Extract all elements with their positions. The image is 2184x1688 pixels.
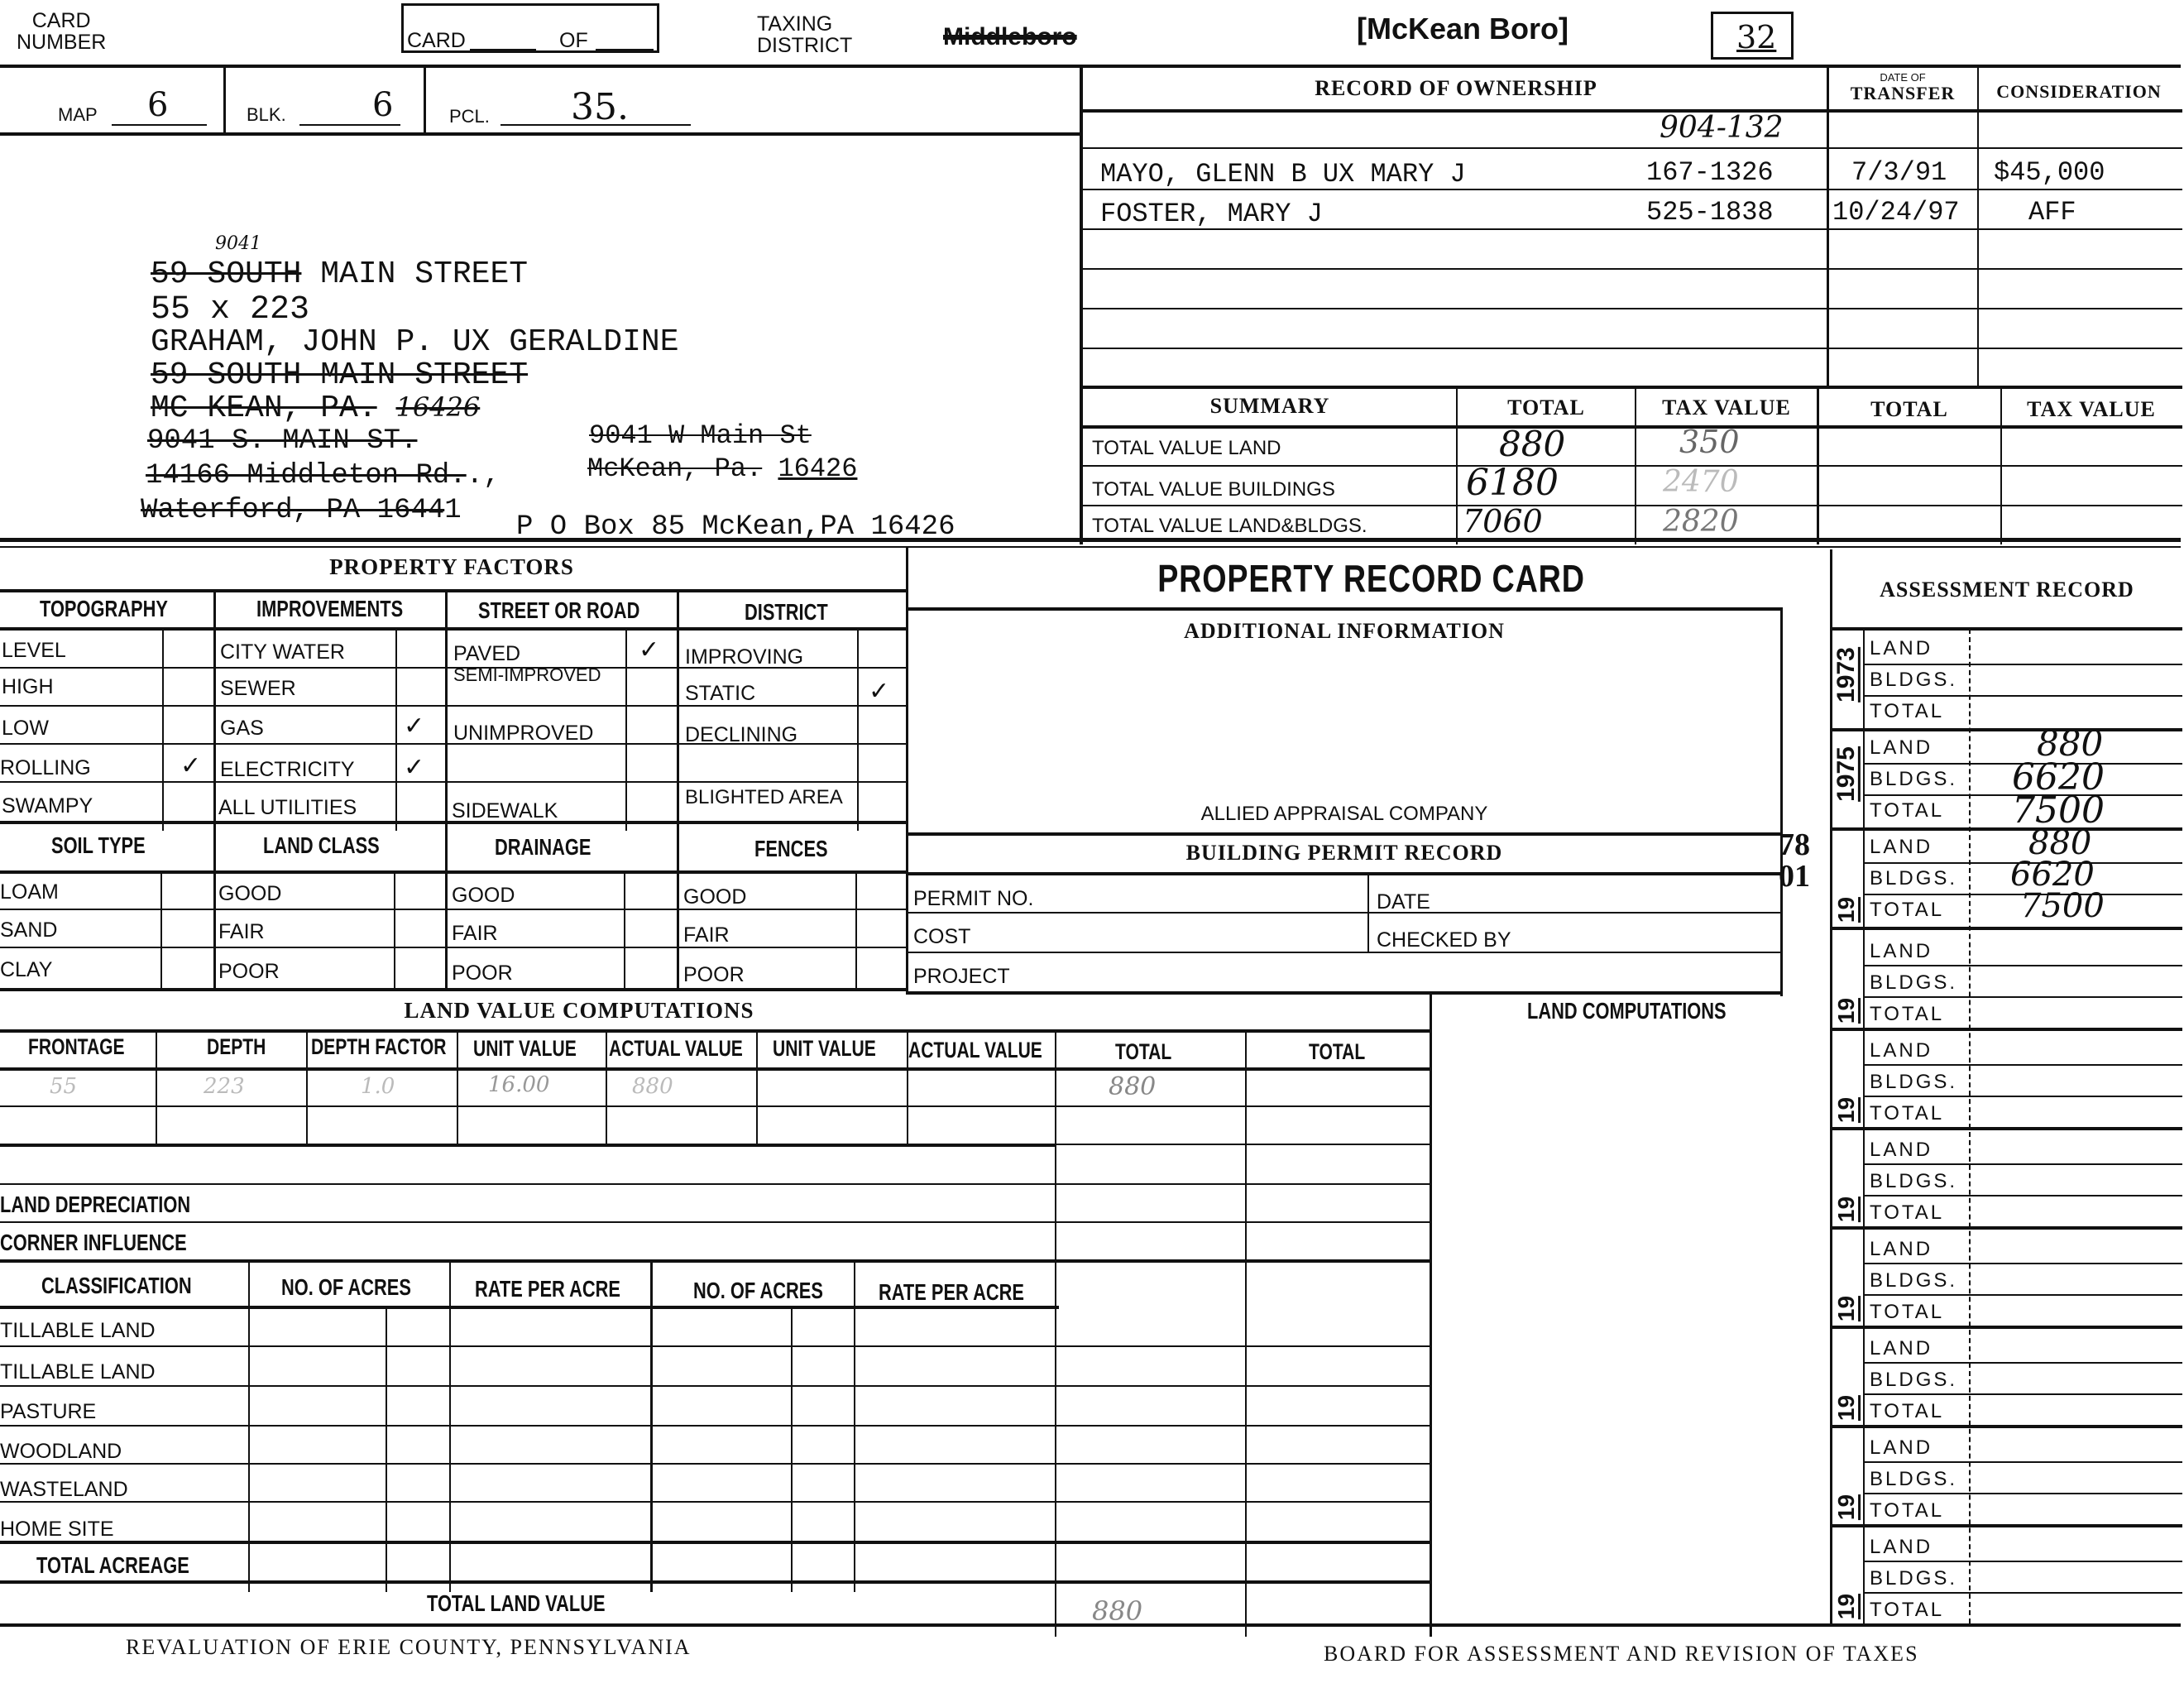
classification-header: CLASSIFICATION (41, 1273, 192, 1299)
factor-electricity: ELECTRICITY (220, 758, 355, 782)
acreage-row-woodland: WOODLAND (0, 1440, 122, 1464)
additional-info-title: ADDITIONAL INFORMATION (910, 619, 1779, 644)
factor-swampy: SWAMPY (2, 794, 93, 818)
factor-rolling: ROLLING (0, 756, 91, 780)
summary-total-header: TOTAL (1458, 396, 1635, 420)
lot-dimensions: 55 x 223 (151, 291, 309, 328)
acreage-row-tillable-2: TILLABLE LAND (0, 1360, 156, 1384)
blk-value[interactable]: 6 (372, 86, 393, 124)
alt-mailing-street-struck: 9041 W Main St (589, 420, 812, 451)
land-class-poor: POOR (218, 960, 280, 984)
frontage-header: FRONTAGE (28, 1034, 125, 1060)
building-permit-record-title: BUILDING PERMIT RECORD (910, 841, 1779, 866)
assessment-total-label: TOTAL (1870, 1499, 1944, 1523)
unit-value-header: UNIT VALUE (473, 1036, 577, 1062)
total-land-value-label: TOTAL LAND VALUE (427, 1590, 606, 1617)
ownership-deed: 167-1326 (1646, 157, 1774, 188)
assessment-total-label: TOTAL (1870, 1102, 1944, 1125)
summary-tax-value: 2470 (1663, 465, 1739, 499)
land-class-header: LAND CLASS (263, 832, 380, 859)
footer-county-revaluation: REVALUATION OF ERIE COUNTY, PENNSYLVANIA (126, 1635, 692, 1660)
total-land-value: 880 (1092, 1595, 1142, 1627)
assessment-block[interactable]: LAND BLDGS. TOTAL (1863, 1326, 2182, 1425)
assessment-bldgs-label: BLDGS. (1870, 768, 1957, 791)
map-field-line (112, 124, 207, 126)
paved-checkmark[interactable]: ✓ (639, 635, 659, 664)
mailing-address-old-4: 14166 Middleton Rd.., (146, 460, 500, 492)
mailing-address-old-2: MC KEAN, PA. 16426 (151, 391, 480, 426)
assessment-year: 19 (1835, 1097, 1861, 1123)
card-number-label-line1: CARD (17, 10, 106, 31)
land-class-good: GOOD (218, 882, 281, 906)
actual-value-header-2: ACTUAL VALUE (908, 1038, 1042, 1063)
rate-per-acre-header: RATE PER ACRE (475, 1276, 620, 1302)
assessment-land-label: LAND (1870, 1139, 1933, 1162)
depth-value: 223 (204, 1074, 245, 1099)
taxing-district-struck: Middleboro (943, 23, 1077, 51)
fences-fair: FAIR (683, 923, 730, 947)
assessment-land-label: LAND (1870, 1337, 1933, 1360)
factor-high: HIGH (2, 675, 54, 699)
permit-no-label: PERMIT NO. (913, 887, 1033, 911)
date-of-transfer-header: TRANSFER (1828, 83, 1977, 104)
assessment-bldgs-label: BLDGS. (1870, 669, 1957, 692)
factor-sidewalk: SIDEWALK (452, 799, 558, 823)
summary-total-header-2: TOTAL (1820, 397, 1999, 422)
assessment-year-1973: 1973 (1835, 647, 1861, 703)
factor-all-utilities: ALL UTILITIES (218, 796, 357, 820)
acreage-row-home-site: HOME SITE (0, 1518, 114, 1542)
assessment-total-label: TOTAL (1870, 1301, 1944, 1324)
assessment-bldgs-label: BLDGS. (1870, 1468, 1957, 1491)
soil-sand: SAND (0, 918, 57, 942)
assessment-record-title: ASSESSMENT RECORD (1833, 578, 2181, 602)
assessment-land-label: LAND (1870, 940, 1933, 963)
side-stamp: 78 01 (1779, 829, 1810, 892)
summary-total-value: 880 (1499, 424, 1565, 464)
actual-value-header: ACTUAL VALUE (609, 1036, 743, 1062)
static-checkmark[interactable]: ✓ (869, 677, 889, 706)
acreage-row-tillable-1: TILLABLE LAND (0, 1319, 156, 1343)
taxing-district-line1: TAXING (757, 13, 852, 35)
map-label: MAP (58, 104, 98, 126)
mailing-street-struck-2: 14166 Middleton Rd. (146, 460, 467, 492)
fences-poor: POOR (683, 963, 745, 987)
assessment-year: 19 (1835, 1196, 1861, 1222)
assessment-total-label: TOTAL (1870, 700, 1944, 723)
street-or-road-header: STREET OR ROAD (478, 597, 639, 624)
permit-checked-by-label: CHECKED BY (1377, 928, 1511, 952)
unit-value-value: 16.00 (488, 1072, 549, 1097)
alt-mailing-city-struck: McKean, Pa. (587, 453, 762, 484)
fences-header: FENCES (754, 836, 828, 862)
factor-blighted-area: BLIGHTED AREA (685, 788, 850, 808)
mailing-address-old-3: 9041 S. MAIN ST. (147, 425, 417, 457)
ownership-title: RECORD OF OWNERSHIP (1084, 76, 1828, 101)
date-of-label: DATE OF (1828, 71, 1977, 84)
assessment-year: 19 (1835, 1494, 1861, 1520)
assessment-block[interactable]: LAND BLDGS. TOTAL (1863, 1028, 2182, 1127)
card-of-card-label: CARD (407, 29, 466, 53)
card-of-of-label: OF (559, 29, 588, 53)
electricity-checkmark[interactable]: ✓ (404, 753, 424, 782)
summary-row-label: TOTAL VALUE BUILDINGS (1092, 478, 1335, 501)
consideration-header: CONSIDERATION (1977, 81, 2181, 103)
assessment-block[interactable]: LAND 880 BLDGS. 6620 TOTAL 7500 (1863, 829, 2182, 928)
summary-title: SUMMARY (1084, 394, 1456, 419)
no-of-acres-header-2: NO. OF ACRES (693, 1278, 823, 1304)
factor-declining: DECLINING (685, 723, 797, 747)
assessment-bldgs-label: BLDGS. (1870, 867, 1957, 890)
depth-factor-value: 1.0 (361, 1074, 395, 1099)
appraiser-name: ALLIED APPRAISAL COMPANY (910, 803, 1779, 826)
map-value[interactable]: 6 (147, 86, 168, 124)
assessment-block[interactable]: LAND BLDGS. TOTAL (1863, 1226, 2182, 1326)
drainage-header: DRAINAGE (495, 834, 591, 861)
assessment-land-label: LAND (1870, 637, 1933, 660)
assessment-land-label: LAND (1870, 736, 1933, 760)
gas-checkmark[interactable]: ✓ (404, 712, 424, 741)
mailing-city-struck: MC KEAN, PA. (151, 391, 377, 426)
factor-unimproved: UNIMPROVED (453, 722, 593, 746)
land-class-fair: FAIR (218, 920, 265, 944)
land-value-title: LAND VALUE COMPUTATIONS (248, 998, 910, 1024)
assessment-year: 19 (1835, 897, 1861, 923)
ownership-name: FOSTER, MARY J (1100, 199, 1323, 229)
topography-header: TOPOGRAPHY (40, 596, 168, 622)
situs-struck-text: 59 SOUTH (151, 257, 301, 292)
improvements-header: IMPROVEMENTS (256, 596, 403, 622)
assessment-bldgs-label: BLDGS. (1870, 1369, 1957, 1392)
taxing-district-label: TAXING DISTRICT (757, 13, 852, 56)
assessment-block[interactable]: LAND BLDGS. TOTAL (1863, 1127, 2182, 1226)
mailing-address-old-1: 59 SOUTH MAIN STREET (151, 357, 528, 393)
soil-type-header: SOIL TYPE (51, 832, 146, 859)
permit-cost-label: COST (913, 925, 970, 949)
assessment-year: 19 (1835, 1296, 1861, 1321)
assessment-block[interactable]: LAND BLDGS. TOTAL (1863, 631, 2182, 730)
ownership-deed: 525-1838 (1646, 197, 1774, 228)
land-depreciation-label: LAND DEPRECIATION (0, 1192, 190, 1218)
rate-per-acre-header-2: RATE PER ACRE (879, 1279, 1024, 1306)
pcl-value[interactable]: 35. (571, 86, 629, 128)
drainage-good: GOOD (452, 884, 515, 908)
factor-level: LEVEL (2, 639, 66, 663)
actual-value-value: 880 (632, 1074, 673, 1099)
total-acreage-label: TOTAL ACREAGE (36, 1552, 189, 1579)
card-number-label-line2: NUMBER (17, 31, 106, 53)
factor-static: STATIC (685, 682, 755, 706)
acreage-row-wasteland: WASTELAND (0, 1478, 128, 1502)
mailing-zip-struck: 16426 (395, 391, 480, 423)
assessment-total-value: 7500 (2020, 887, 2105, 925)
situs-street: MAIN STREET (320, 257, 528, 292)
side-stamp-line2: 01 (1779, 861, 1810, 892)
footer-board-assessment: BOARD FOR ASSESSMENT AND REVISION OF TAX… (1324, 1642, 1919, 1666)
depth-factor-header: DEPTH FACTOR (311, 1034, 446, 1060)
factor-sewer: SEWER (220, 677, 296, 701)
ownership-name: MAYO, GLENN B UX MARY J (1100, 159, 1466, 189)
factor-gas: GAS (220, 717, 264, 741)
assessment-total-label: TOTAL (1870, 1201, 1944, 1225)
permit-date-label: DATE (1377, 890, 1430, 914)
factor-semi-improved: SEMI-IMPROVED (453, 665, 619, 685)
ownership-consideration: $45,000 (1994, 157, 2105, 188)
assessment-total-label: TOTAL (1870, 799, 1944, 822)
assessment-year: 19 (1835, 1594, 1861, 1619)
assessment-total-label: TOTAL (1870, 899, 1944, 922)
current-owner-name: GRAHAM, JOHN P. UX GERALDINE (151, 324, 679, 360)
summary-total-value: 6180 (1466, 462, 1559, 504)
district-number-box: 32 (1711, 12, 1794, 60)
assessment-year-1975: 1975 (1835, 746, 1861, 802)
summary-tax-value: 2820 (1663, 505, 1739, 539)
assessment-block[interactable]: LAND BLDGS. TOTAL (1863, 928, 2182, 1028)
drainage-fair: FAIR (452, 922, 498, 946)
drainage-poor: POOR (452, 961, 513, 985)
taxing-district-value: [McKean Boro] (1357, 12, 1569, 46)
frontage-value: 55 (50, 1074, 77, 1099)
summary-tax-value-header-2: TAX VALUE (2002, 397, 2181, 422)
assessment-bldgs-label: BLDGS. (1870, 1071, 1957, 1094)
blk-label: BLK. (247, 104, 286, 126)
assessment-land-label: LAND (1870, 836, 1933, 859)
assessment-bldgs-label: BLDGS. (1870, 1170, 1957, 1193)
card-of-box[interactable]: CARD OF (401, 3, 659, 53)
summary-tax-value: 350 (1679, 424, 1740, 460)
mailing-city-struck-2: Waterford, PA 1644 (141, 495, 444, 526)
alt-mailing-zip: 16426 (778, 453, 857, 484)
summary-row-label: TOTAL VALUE LAND (1092, 437, 1281, 460)
factor-low: LOW (2, 717, 49, 741)
situs-line-1: 59 SOUTH MAIN STREET (151, 257, 528, 292)
card-number-label: CARD NUMBER (17, 10, 106, 53)
permit-project-label: PROJECT (913, 965, 1010, 989)
district-header: DISTRICT (745, 599, 828, 626)
factor-improving: IMPROVING (685, 645, 803, 669)
handwritten-street-number: 9041 (215, 233, 261, 254)
mailing-address-old-5: Waterford, PA 16441 (141, 495, 462, 526)
total-header: TOTAL (1115, 1039, 1171, 1065)
depth-header: DEPTH (207, 1034, 266, 1060)
corner-influence-label: CORNER INFLUENCE (0, 1230, 187, 1256)
assessment-total-label: TOTAL (1870, 1003, 1944, 1026)
card-index-field[interactable] (470, 49, 536, 50)
mailing-street-suffix: ., (467, 460, 500, 492)
acreage-row-pasture: PASTURE (0, 1400, 96, 1424)
assessment-block[interactable]: LAND 880 BLDGS. 6620 TOTAL 7500 (1863, 730, 2182, 829)
summary-tax-value-header: TAX VALUE (1636, 396, 1817, 420)
property-factors-title: PROPERTY FACTORS (0, 554, 903, 580)
ownership-row-deed-handwritten: 904-132 (1660, 111, 1784, 145)
unit-value-header-2: UNIT VALUE (773, 1036, 876, 1062)
assessment-total-label: TOTAL (1870, 1400, 1944, 1423)
assessment-land-label: LAND (1870, 1536, 1933, 1559)
district-number: 32 (1736, 19, 1776, 55)
ownership-date: 10/24/97 (1832, 197, 1960, 228)
assessment-bldgs-label: BLDGS. (1870, 1567, 1957, 1590)
total-value: 880 (1109, 1072, 1156, 1101)
semi-improved-label: SEMI-IMPROVED (453, 665, 619, 685)
assessment-bldgs-label: BLDGS. (1870, 971, 1957, 995)
mailing-city-suffix: 1 (444, 495, 461, 526)
assessment-year: 19 (1835, 1395, 1861, 1421)
assessment-land-label: LAND (1870, 1039, 1933, 1062)
assessment-land-label: LAND (1870, 1238, 1933, 1261)
land-computations-title: LAND COMPUTATIONS (1527, 998, 1727, 1024)
rolling-checkmark[interactable]: ✓ (180, 751, 201, 780)
side-stamp-line1: 78 (1779, 829, 1810, 861)
ownership-date: 7/3/91 (1851, 157, 1947, 188)
total-header-2: TOTAL (1309, 1039, 1365, 1065)
fences-good: GOOD (683, 885, 746, 909)
ownership-consideration: AFF (2028, 197, 2076, 228)
assessment-bldgs-label: BLDGS. (1870, 1269, 1957, 1292)
assessment-land-label: LAND (1870, 1436, 1933, 1460)
card-total-field[interactable] (596, 49, 654, 50)
factor-paved: PAVED (453, 642, 520, 666)
factor-city-water: CITY WATER (220, 640, 345, 664)
property-record-card-title: PROPERTY RECORD CARD (993, 556, 1749, 601)
assessment-total-label: TOTAL (1870, 1599, 1944, 1622)
pcl-label: PCL. (449, 106, 490, 127)
blk-field-line (299, 124, 400, 126)
taxing-district-line2: DISTRICT (757, 35, 852, 56)
assessment-year: 19 (1835, 998, 1861, 1024)
alt-mailing-city: McKean, Pa. 16426 (587, 453, 857, 484)
soil-clay: CLAY (0, 958, 52, 982)
soil-loam: LOAM (0, 880, 59, 904)
summary-row-label: TOTAL VALUE LAND&BLDGS. (1092, 515, 1367, 538)
summary-total-value: 7060 (1463, 503, 1543, 539)
assessment-block[interactable]: LAND BLDGS. TOTAL LAND BLDGS. TOTAL (1863, 1425, 2182, 1623)
no-of-acres-header: NO. OF ACRES (281, 1274, 411, 1301)
